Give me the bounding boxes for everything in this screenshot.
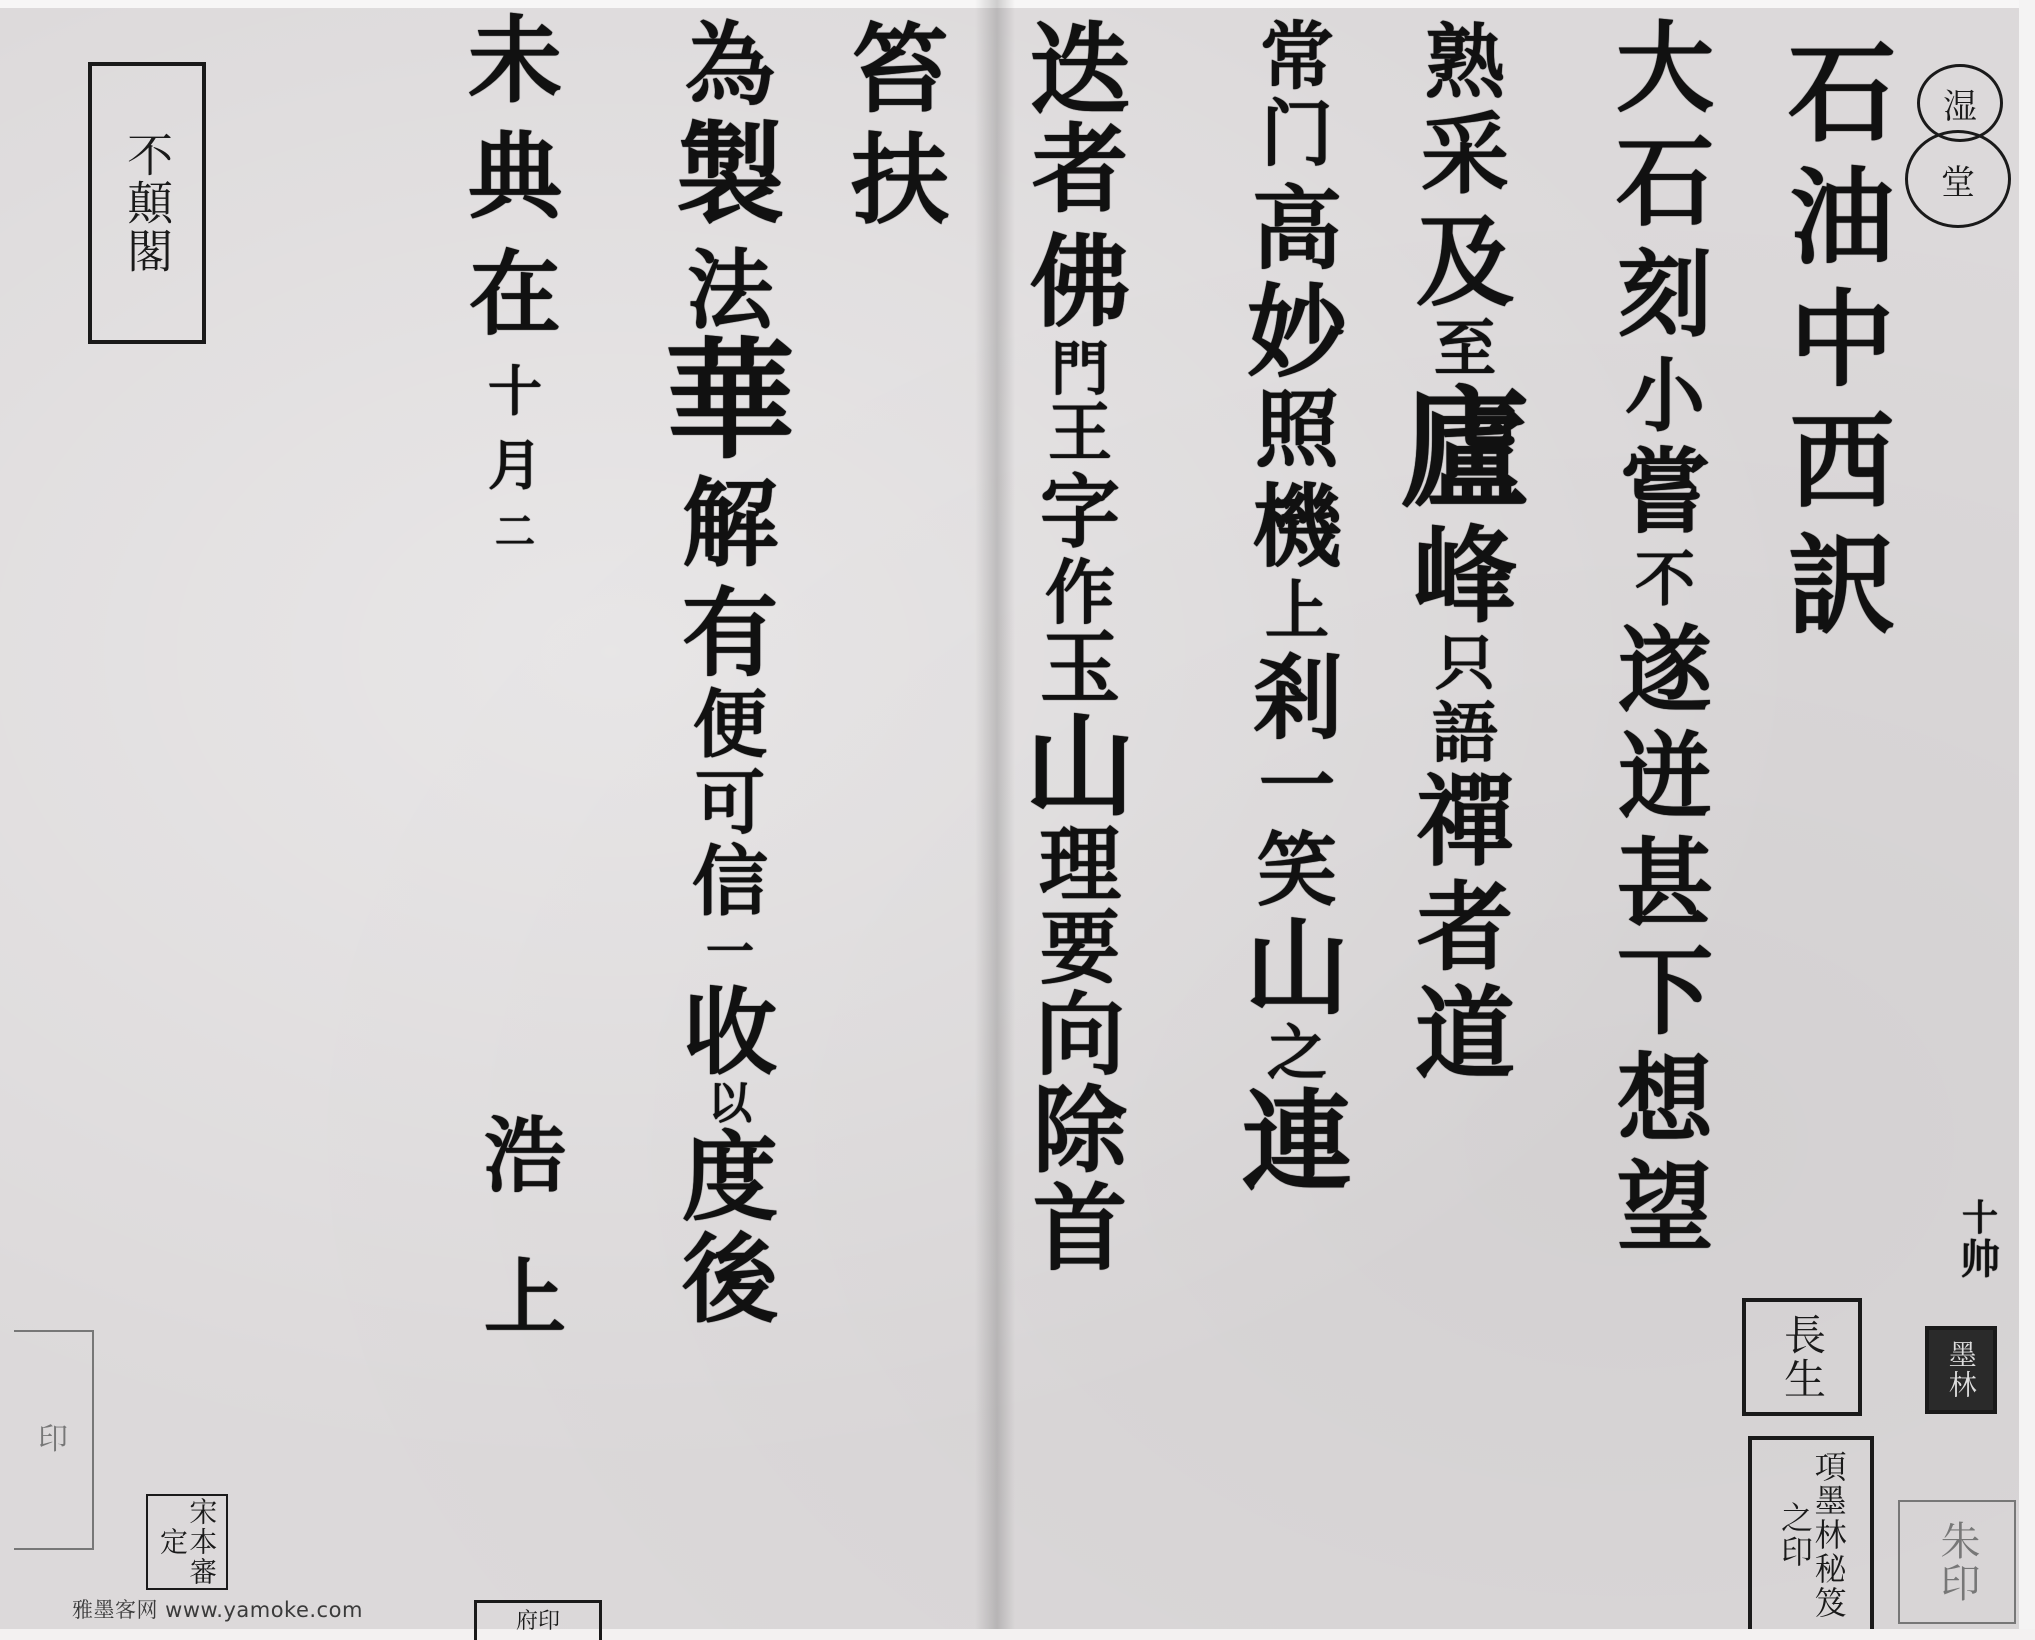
character: 訳 bbox=[1788, 532, 1896, 640]
seal-gourd: 湿 堂 bbox=[1905, 62, 2015, 227]
character: 山 bbox=[1025, 712, 1135, 822]
character: 门 bbox=[1261, 98, 1333, 170]
seal-text: 不顛閣 bbox=[123, 131, 171, 275]
seal-text: 墨林 bbox=[1946, 1340, 1975, 1400]
character: 十 bbox=[1962, 1200, 1998, 1236]
character: 扶 bbox=[851, 132, 949, 230]
character: 刻 bbox=[1618, 248, 1712, 342]
text-column-8: 未 典 在 十 月 二 bbox=[450, 14, 580, 552]
seal-text: 印 bbox=[38, 1424, 68, 1456]
character: 以 bbox=[708, 1082, 752, 1126]
character: 語 bbox=[1432, 700, 1498, 766]
character: 甚 bbox=[1617, 836, 1713, 932]
seal-gourd-bottom: 堂 bbox=[1905, 130, 2011, 228]
watermark: 雅墨客网 www.yamoke.com bbox=[72, 1594, 363, 1624]
character: 連 bbox=[1242, 1088, 1352, 1198]
character: 山 bbox=[1245, 916, 1349, 1020]
character: 石 bbox=[1788, 40, 1896, 148]
character: 解 bbox=[682, 476, 778, 572]
character: 望 bbox=[1617, 1160, 1713, 1256]
text-column-7: 為 製 法 華 解 有 便 可 信 一 收 以 度 後 bbox=[650, 20, 810, 1328]
character: 要 bbox=[1040, 908, 1120, 988]
character: 笞 bbox=[852, 22, 948, 118]
seal-top-left: 不顛閣 bbox=[88, 62, 206, 344]
seal-right-faint: 朱印 bbox=[1898, 1500, 2016, 1624]
character: 常 bbox=[1260, 20, 1334, 94]
text-column-3: 熟 采 及 至 廬 峰 只 語 禪 者 道 bbox=[1385, 22, 1545, 1084]
character: 想 bbox=[1617, 1052, 1713, 1148]
character: 遂 bbox=[1618, 624, 1712, 718]
seal-bottom-left: 宋本審定 bbox=[146, 1494, 228, 1590]
character: 照 bbox=[1255, 388, 1339, 472]
character: 便 bbox=[693, 688, 767, 762]
character: 者 bbox=[1032, 122, 1128, 218]
character: 未 bbox=[468, 14, 562, 108]
character: 下 bbox=[1617, 944, 1713, 1040]
character: 迸 bbox=[1618, 730, 1712, 824]
seal-text: 朱印 bbox=[1936, 1520, 1978, 1604]
text-column-4: 常 门 高 妙 照 機 上 剎 一 笑 山 之 連 bbox=[1222, 20, 1372, 1198]
character: 大 bbox=[1616, 20, 1714, 118]
seal-bottom-mid: 府印 bbox=[474, 1600, 602, 1629]
text-column-5: 迭 者 佛 門 王 字 作 玉 山 理 要 向 除 首 bbox=[1000, 20, 1160, 1276]
seal-text: 府印 bbox=[516, 1610, 560, 1629]
signature-character: 浩 bbox=[484, 1115, 566, 1197]
character: 一 bbox=[1259, 748, 1335, 824]
character: 製 bbox=[675, 120, 785, 230]
character: 華 bbox=[665, 336, 795, 466]
character: 門 bbox=[1051, 340, 1109, 398]
character: 一 bbox=[706, 928, 754, 976]
character: 油 bbox=[1790, 166, 1894, 270]
text-column-2: 大 石 刻 小 嘗 不 遂 迸 甚 下 想 望 bbox=[1590, 20, 1740, 1256]
signature-column: 浩 上 bbox=[470, 1115, 580, 1339]
character: 妙 bbox=[1247, 282, 1347, 382]
character: 機 bbox=[1252, 482, 1342, 572]
character: 熟 bbox=[1425, 22, 1505, 102]
character: 笑 bbox=[1257, 830, 1337, 910]
character: 為 bbox=[685, 20, 775, 110]
character: 者 bbox=[1417, 880, 1513, 976]
character: 峰 bbox=[1413, 524, 1517, 628]
character: 作 bbox=[1045, 558, 1115, 628]
seal-text: 湿 bbox=[1943, 79, 1977, 128]
character: 中 bbox=[1790, 288, 1894, 392]
character: 小 bbox=[1625, 356, 1705, 436]
character: 迭 bbox=[1030, 20, 1130, 120]
character: 西 bbox=[1790, 410, 1894, 514]
seal-text: 長生 bbox=[1780, 1313, 1824, 1401]
character: 及 bbox=[1416, 214, 1514, 312]
character: 剎 bbox=[1251, 652, 1343, 744]
seal-text: 堂 bbox=[1941, 155, 1975, 204]
character: 之 bbox=[1267, 1024, 1327, 1084]
character: 廬 bbox=[1400, 384, 1530, 514]
character: 度 bbox=[682, 1130, 778, 1226]
seal-text: 項墨林秘笈之印 bbox=[1777, 1440, 1844, 1629]
seal-right-small: 墨林 bbox=[1925, 1326, 1997, 1414]
character: 玉 bbox=[1040, 628, 1120, 708]
character: 信 bbox=[692, 844, 768, 920]
character: 典 bbox=[468, 130, 562, 224]
character: 在 bbox=[469, 248, 561, 340]
character: 字 bbox=[1040, 472, 1120, 552]
character: 收 bbox=[683, 986, 777, 1080]
character: 帅 bbox=[1960, 1240, 2000, 1280]
character: 十 bbox=[488, 364, 542, 418]
seal-right-1: 長生 bbox=[1742, 1298, 1862, 1416]
character: 采 bbox=[1421, 110, 1509, 198]
character: 嘗 bbox=[1619, 446, 1711, 538]
character: 不 bbox=[1635, 550, 1695, 610]
character: 道 bbox=[1415, 984, 1515, 1084]
character: 石 bbox=[1616, 134, 1714, 232]
seal-text: 宋本審定 bbox=[158, 1496, 217, 1588]
character: 法 bbox=[687, 248, 773, 334]
character: 後 bbox=[682, 1232, 778, 1328]
seal-right-2: 項墨林秘笈之印 bbox=[1748, 1436, 1874, 1629]
character: 禪 bbox=[1416, 774, 1514, 872]
character: 高 bbox=[1252, 184, 1342, 274]
calligraphy-page: 石 油 中 西 訳 大 石 刻 小 嘗 不 遂 迸 甚 下 想 望 熟 采 及 … bbox=[0, 0, 2035, 1629]
seal-left-edge-faint: 印 bbox=[14, 1330, 94, 1550]
signature-character: 上 bbox=[484, 1257, 566, 1339]
top-margin bbox=[0, 0, 2035, 8]
character: 向 bbox=[1035, 990, 1125, 1080]
text-column-10: 十 帅 bbox=[1950, 1200, 2010, 1280]
character: 二 bbox=[495, 512, 535, 552]
character: 只 bbox=[1435, 634, 1495, 694]
character: 佛 bbox=[1030, 232, 1130, 332]
character: 上 bbox=[1265, 580, 1329, 644]
character: 至 bbox=[1434, 318, 1496, 380]
character: 首 bbox=[1033, 1182, 1127, 1276]
character: 理 bbox=[1039, 824, 1121, 906]
text-column-1: 石 油 中 西 訳 bbox=[1772, 40, 1912, 640]
character: 除 bbox=[1033, 1084, 1127, 1178]
character: 王 bbox=[1048, 402, 1112, 466]
text-column-6: 笞 扶 bbox=[845, 22, 955, 230]
character: 月 bbox=[488, 438, 542, 492]
character: 可 bbox=[695, 768, 765, 838]
right-margin bbox=[2019, 0, 2035, 1629]
character: 有 bbox=[682, 586, 778, 682]
